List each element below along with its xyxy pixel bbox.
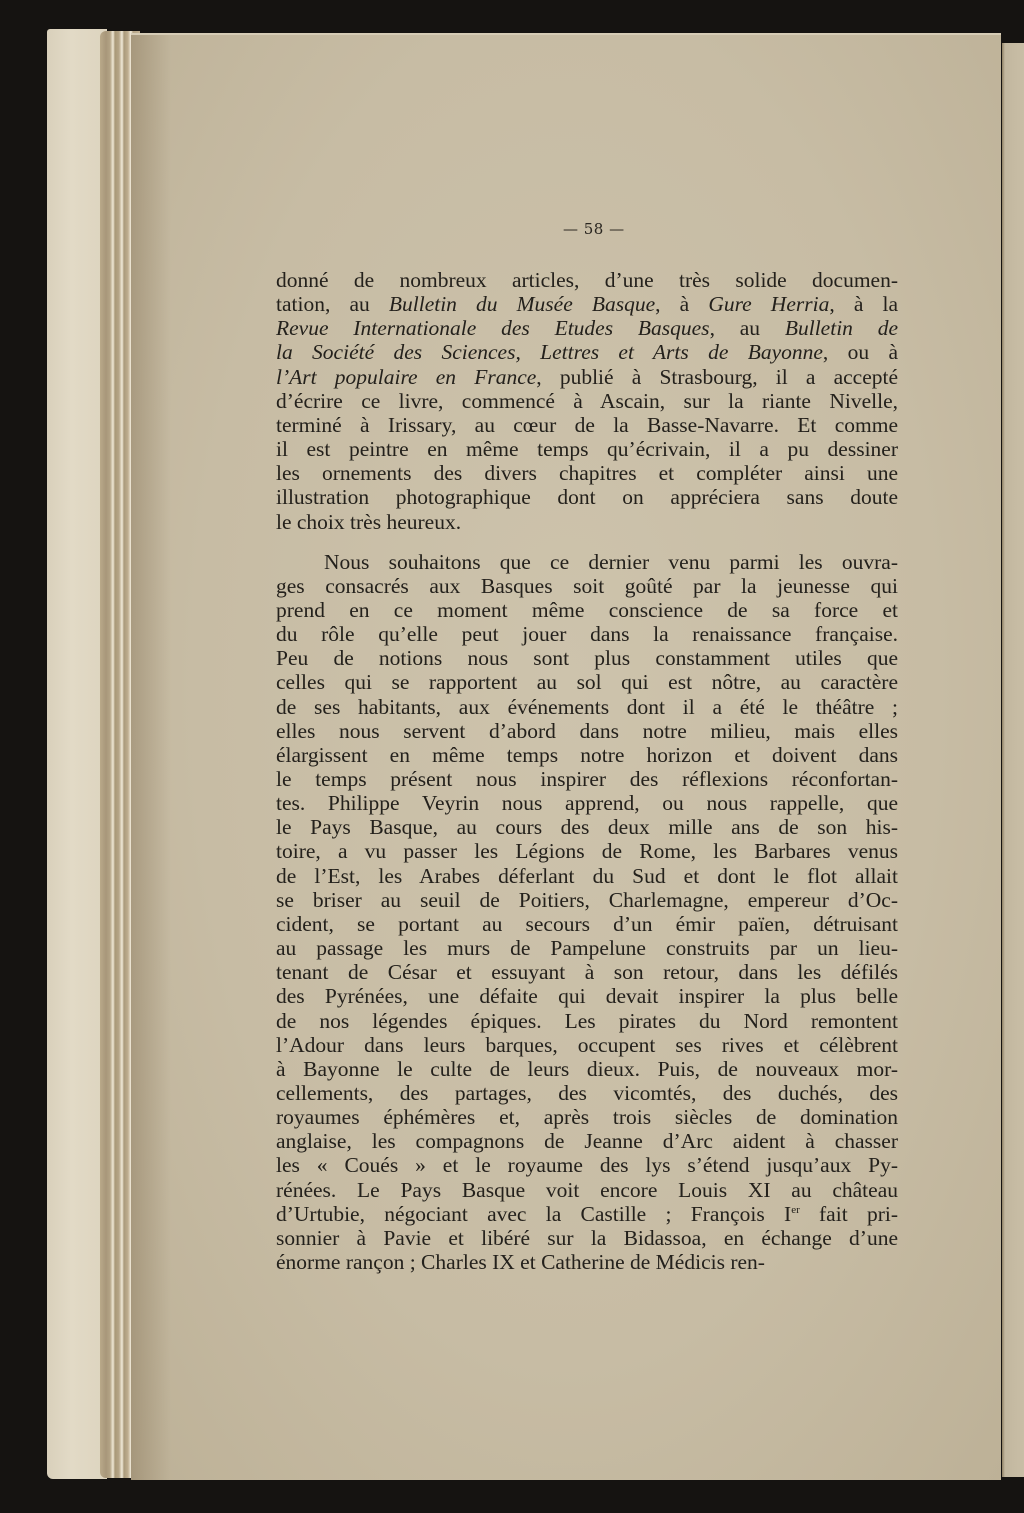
text-run: les « Coués » et le royaume des lys s’ét… (276, 1153, 898, 1177)
text-line: tation, au Bulletin du Musée Basque, à G… (276, 292, 898, 316)
text-run: au passage les murs de Pampelune constru… (276, 936, 898, 960)
text-line: les ornements des divers chapitres et co… (276, 461, 898, 485)
text-line: ges consacrés aux Basques soit goûté par… (276, 574, 898, 598)
text-line: royaumes éphémères et, après trois siècl… (276, 1105, 898, 1129)
text-run: celles qui se rapportent au sol qui est … (276, 670, 898, 694)
text-run: ges consacrés aux Basques soit goûté par… (276, 574, 898, 598)
italic-title: Bulletin du Musée Basque (389, 292, 655, 316)
text-run: elles nous servent d’abord dans notre mi… (276, 719, 898, 743)
text-line: cident, se portant au secours d’un émir … (276, 912, 898, 936)
text-run: l’Adour dans leurs barques, occupent ses… (276, 1033, 898, 1057)
text-line: le Pays Basque, au cours des deux mille … (276, 815, 898, 839)
text-line: le temps présent nous inspirer des réfle… (276, 767, 898, 791)
text-line: de l’Est, les Arabes déferlant du Sud et… (276, 864, 898, 888)
text-line: prend en ce moment même conscience de sa… (276, 598, 898, 622)
text-run: royaumes éphémères et, après trois siècl… (276, 1105, 898, 1129)
text-run: anglaise, les compagnons de Jeanne d’Arc… (276, 1129, 898, 1153)
italic-title: Bulletin de (785, 316, 898, 340)
text-line: cellements, des partages, des vicomtés, … (276, 1081, 898, 1105)
text-line: donné de nombreux articles, d’une très s… (276, 268, 898, 292)
text-run: élargissent en même temps notre horizon … (276, 743, 898, 767)
text-run: il est peintre en même temps qu’écrivain… (276, 437, 898, 461)
text-run: le Pays Basque, au cours des deux mille … (276, 815, 898, 839)
text-line: le choix très heureux. (276, 510, 898, 534)
text-run: rénées. Le Pays Basque voit encore Louis… (276, 1178, 898, 1202)
text-line: l’Adour dans leurs barques, occupent ses… (276, 1033, 898, 1057)
text-line: énorme rançon ; Charles IX et Catherine … (276, 1250, 898, 1274)
text-run: donné de nombreux articles, d’une très s… (276, 268, 898, 292)
text-run: , à la (829, 292, 898, 316)
text-line: du rôle qu’elle peut jouer dans la renai… (276, 622, 898, 646)
text-run: Nous souhaitons que ce dernier venu parm… (324, 550, 898, 574)
text-run: , ou à (823, 340, 898, 364)
text-run: les ornements des divers chapitres et co… (276, 461, 898, 485)
text-line: Nous souhaitons que ce dernier venu parm… (276, 550, 898, 574)
text-run: cident, se portant au secours d’un émir … (276, 912, 898, 936)
text-run: de ses habitants, aux événements dont il… (276, 695, 898, 719)
text-line: elles nous servent d’abord dans notre mi… (276, 719, 898, 743)
text-run: énorme rançon ; Charles IX et Catherine … (276, 1250, 765, 1274)
text-line: de ses habitants, aux événements dont il… (276, 695, 898, 719)
text-run: se briser au seuil de Poitiers, Charlema… (276, 888, 898, 912)
text-line: élargissent en même temps notre horizon … (276, 743, 898, 767)
text-line: se briser au seuil de Poitiers, Charlema… (276, 888, 898, 912)
text-run: cellements, des partages, des vicomtés, … (276, 1081, 898, 1105)
next-page-edge (1002, 43, 1024, 1477)
text-run: le temps présent nous inspirer des réfle… (276, 767, 898, 791)
text-run: le choix très heureux. (276, 510, 461, 534)
text-run: du rôle qu’elle peut jouer dans la renai… (276, 622, 898, 646)
text-line: de nos légendes épiques. Les pirates du … (276, 1009, 898, 1033)
text-line: tes. Philippe Veyrin nous apprend, ou no… (276, 791, 898, 815)
text-run: toire, a vu passer les Légions de Rome, … (276, 839, 898, 863)
italic-title: la Société des Sciences, Lettres et Arts… (276, 340, 823, 364)
italic-title: l’Art populaire en France (276, 365, 536, 389)
text-run: prend en ce moment même conscience de sa… (276, 598, 898, 622)
italic-title: Revue Internationale des Etudes Basques (276, 316, 710, 340)
text-run: Peu de notions nous sont plus constammen… (276, 646, 898, 670)
text-run: fait pri- (800, 1202, 898, 1226)
text-run: tation, au (276, 292, 389, 316)
text-run: des Pyrénées, une défaite qui devait ins… (276, 984, 898, 1008)
text-line: à Bayonne le culte de leurs dieux. Puis,… (276, 1057, 898, 1081)
text-line: au passage les murs de Pampelune constru… (276, 936, 898, 960)
text-line: les « Coués » et le royaume des lys s’ét… (276, 1153, 898, 1177)
text-run: , à (655, 292, 708, 316)
text-line: terminé à Irissary, au cœur de la Basse-… (276, 413, 898, 437)
text-run: er (791, 1204, 800, 1216)
text-run: illustration photographique dont on appr… (276, 485, 898, 509)
text-run: tes. Philippe Veyrin nous apprend, ou no… (276, 791, 898, 815)
book-cover-flap (47, 29, 107, 1479)
text-line: anglaise, les compagnons de Jeanne d’Arc… (276, 1129, 898, 1153)
text-line: Peu de notions nous sont plus constammen… (276, 646, 898, 670)
text-run: terminé à Irissary, au cœur de la Basse-… (276, 413, 898, 437)
text-run: tenant de César et essuyant à son retour… (276, 960, 898, 984)
text-run: d’Urtubie, négociant avec la Castille ; … (276, 1202, 791, 1226)
text-run: , au (710, 316, 785, 340)
text-run: d’écrire ce livre, commencé à Ascain, su… (276, 389, 898, 413)
text-line: d’Urtubie, négociant avec la Castille ; … (276, 1202, 898, 1226)
text-line: d’écrire ce livre, commencé à Ascain, su… (276, 389, 898, 413)
text-run: à Bayonne le culte de leurs dieux. Puis,… (276, 1057, 898, 1081)
text-line: celles qui se rapportent au sol qui est … (276, 670, 898, 694)
italic-title: Gure Herria (708, 292, 829, 316)
text-line: sonnier à Pavie et libéré sur la Bidasso… (276, 1226, 898, 1250)
book-scan: — 58 — donné de nombreux articles, d’une… (0, 0, 1024, 1513)
text-line: Revue Internationale des Etudes Basques,… (276, 316, 898, 340)
text-line: tenant de César et essuyant à son retour… (276, 960, 898, 984)
text-line: il est peintre en même temps qu’écrivain… (276, 437, 898, 461)
text-run: de nos légendes épiques. Les pirates du … (276, 1009, 898, 1033)
text-line: illustration photographique dont on appr… (276, 485, 898, 509)
text-line: des Pyrénées, une défaite qui devait ins… (276, 984, 898, 1008)
text-run: , publié à Strasbourg, il a accepté (536, 365, 898, 389)
text-run: sonnier à Pavie et libéré sur la Bidasso… (276, 1226, 898, 1250)
text-line: rénées. Le Pays Basque voit encore Louis… (276, 1178, 898, 1202)
text-run: de l’Est, les Arabes déferlant du Sud et… (276, 864, 898, 888)
text-line: l’Art populaire en France, publié à Stra… (276, 365, 898, 389)
text-line: toire, a vu passer les Légions de Rome, … (276, 839, 898, 863)
text-line: la Société des Sciences, Lettres et Arts… (276, 340, 898, 364)
page-number: — 58 — (563, 220, 625, 238)
